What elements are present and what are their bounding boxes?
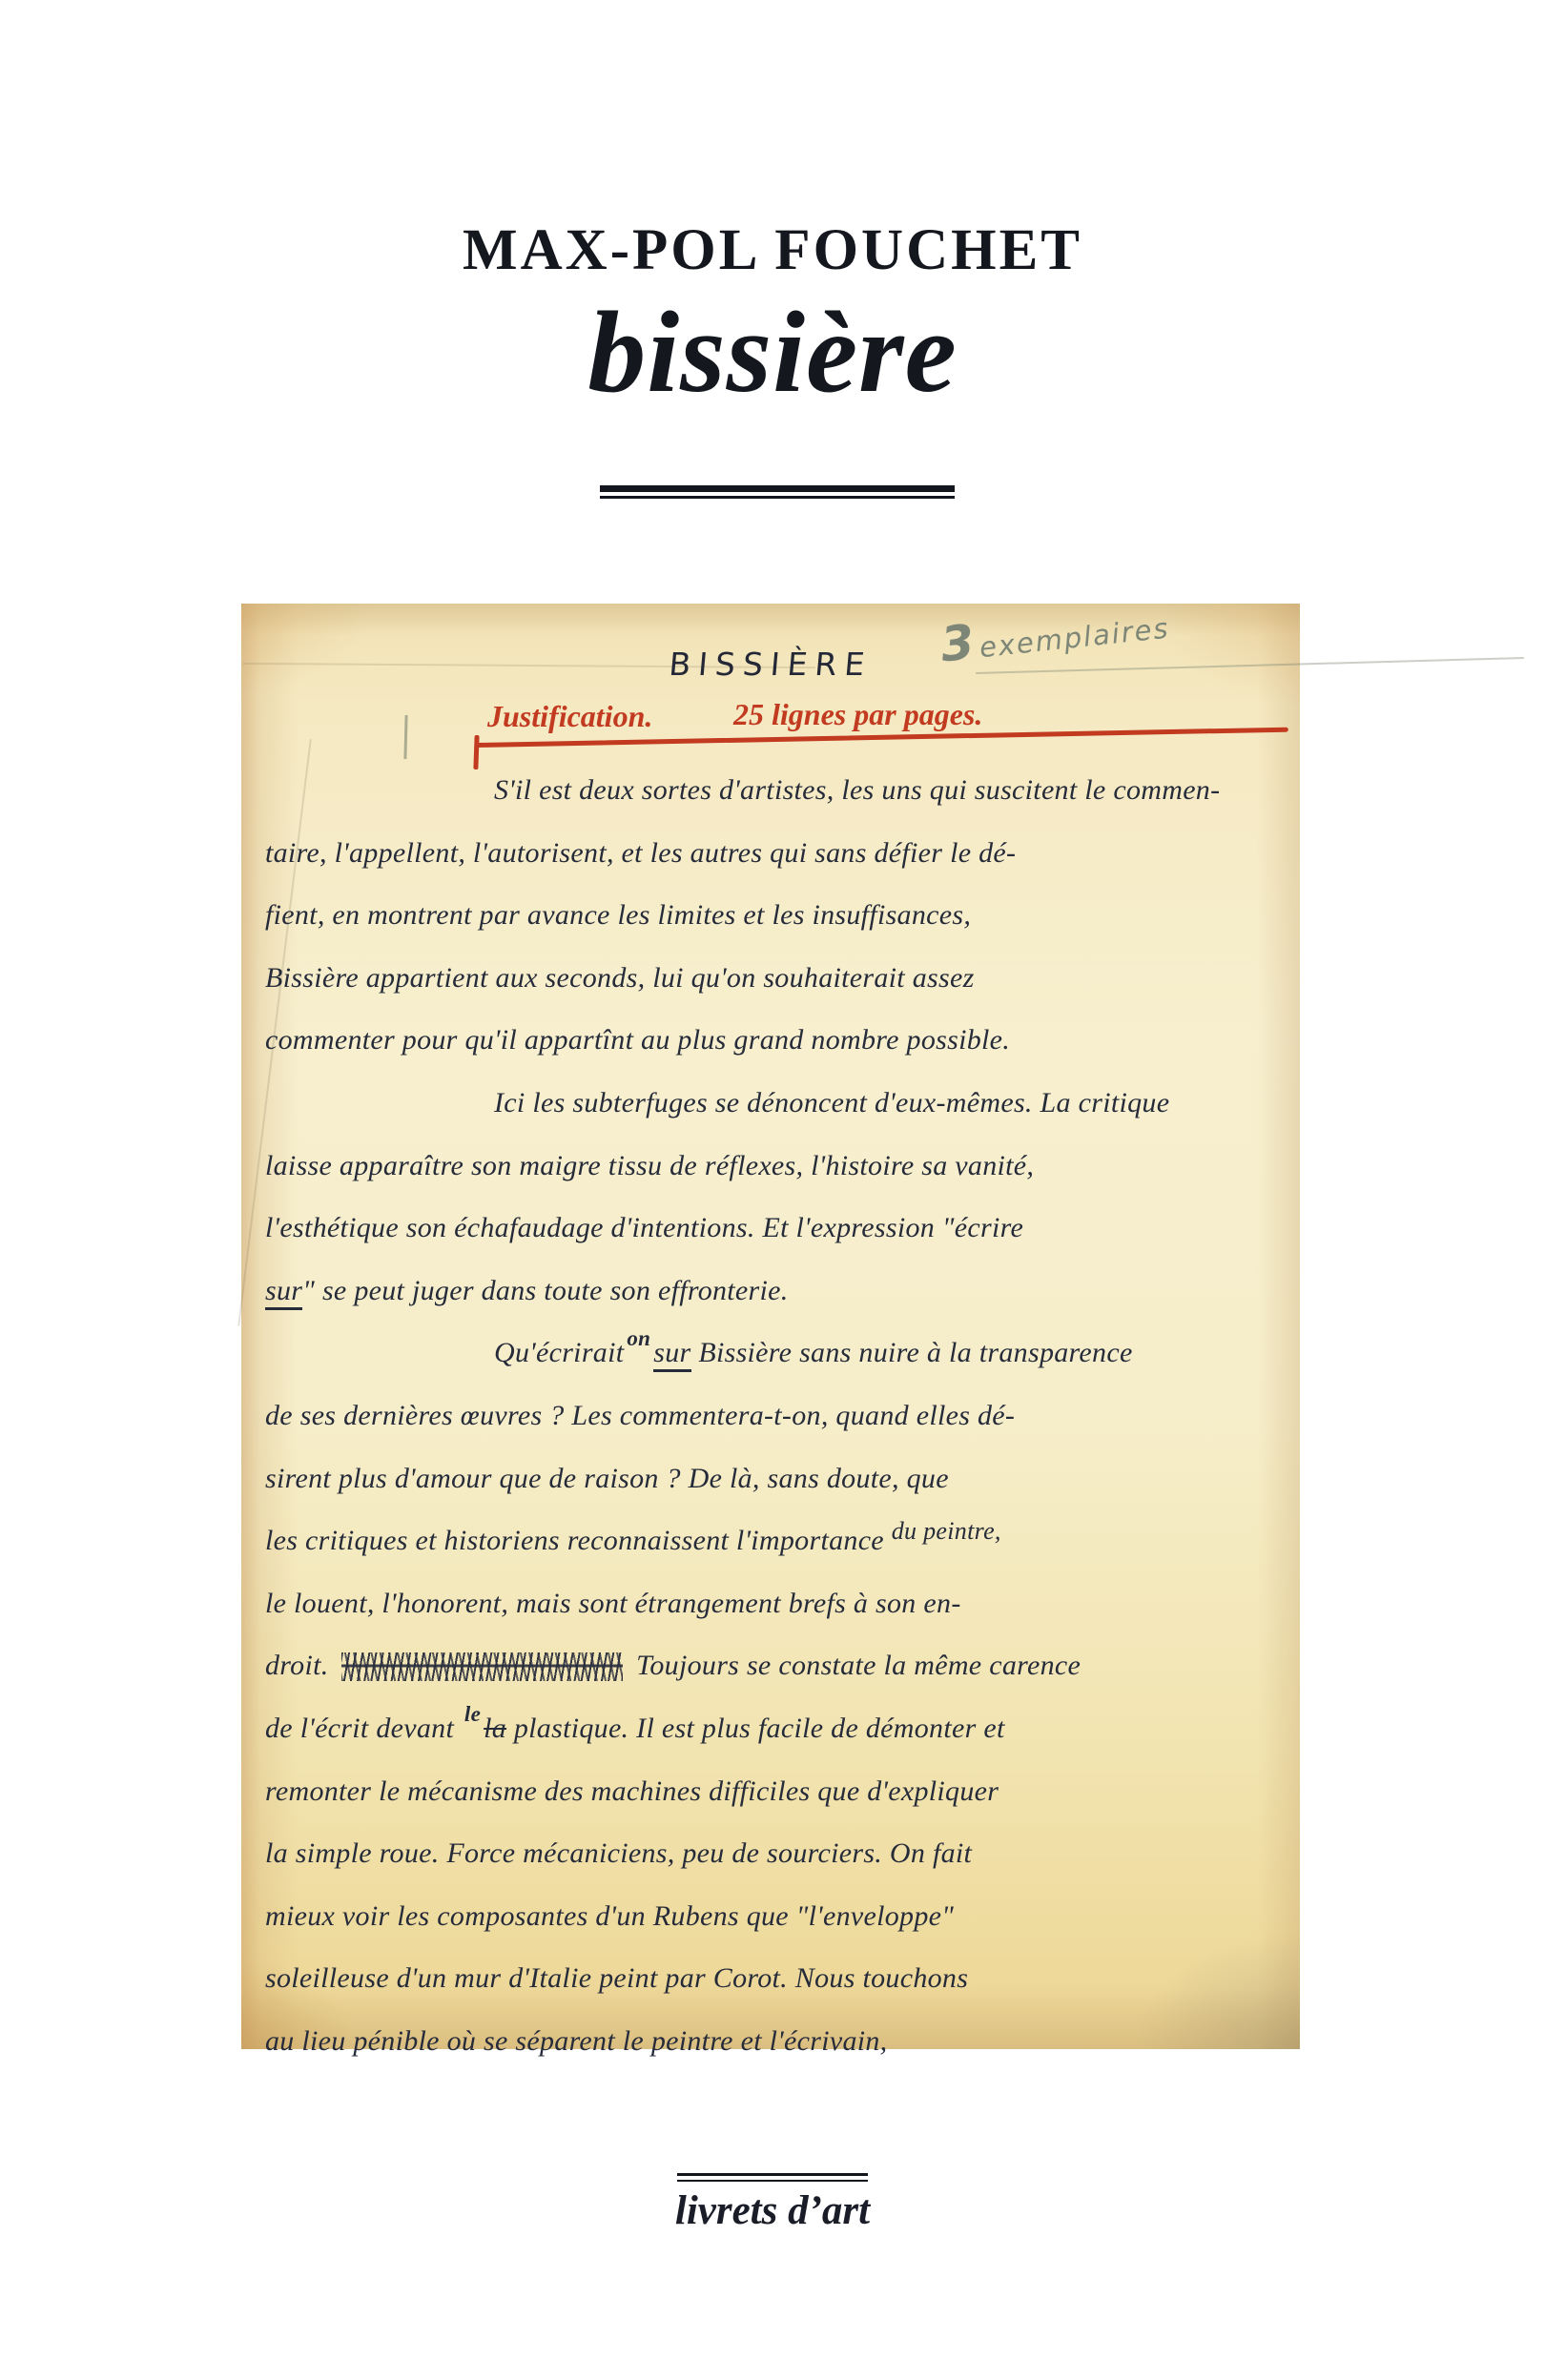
handwritten-text: au lieu pénible où se séparent le peintr…	[265, 2025, 887, 2057]
imprint-divider-bottom-line	[677, 2180, 868, 2182]
handwritten-text: laisse apparaître son maigre tissu de ré…	[265, 1150, 1034, 1181]
manuscript-line: sur" se peut juger dans toute son effron…	[265, 1260, 1278, 1323]
book-title-page: MAX-POL FOUCHET bissière BISSIÈRE 3 exem…	[0, 0, 1545, 2380]
underlined-word: sur	[265, 1275, 302, 1310]
handwritten-text: remonter le mécanisme des machines diffi…	[265, 1775, 999, 1807]
manuscript-scan: BISSIÈRE 3 exemplaires Justification. 25…	[241, 604, 1300, 2049]
handwritten-text: soleilleuse d'un mur d'Italie peint par …	[265, 1962, 968, 1994]
handwritten-text: les critiques et historiens reconnaissen…	[265, 1525, 892, 1556]
handwritten-text: de ses dernières œuvres ? Les commentera…	[265, 1400, 1015, 1431]
manuscript-line: mieux voir les composantes d'un Rubens q…	[265, 1885, 1278, 1948]
inserted-word: on	[627, 1307, 650, 1370]
title-divider	[600, 485, 955, 499]
manuscript-line: S'il est deux sortes d'artistes, les uns…	[265, 759, 1278, 822]
handwritten-text: Toujours se constate la même carence	[628, 1650, 1081, 1681]
title-divider-thin-line	[600, 496, 955, 499]
raised-word: du peintre,	[892, 1500, 1001, 1563]
manuscript-line: remonter le mécanisme des machines diffi…	[265, 1760, 1278, 1823]
author-name: MAX-POL FOUCHET	[0, 217, 1545, 284]
pencil-tick-mark	[403, 715, 407, 759]
scribbled-out-text	[341, 1652, 623, 1681]
handwritten-text: sirent plus d'amour que de raison ? De l…	[265, 1463, 949, 1494]
manuscript-line: l'esthétique son échafaudage d'intention…	[265, 1197, 1278, 1260]
handwritten-text: Bissière sans nuire à la transparence	[691, 1337, 1133, 1368]
handwritten-text: commenter pour qu'il appartînt au plus g…	[265, 1024, 1010, 1056]
justification-value: 25 lignes par pages.	[733, 697, 982, 732]
manuscript-line: les critiques et historiens reconnaissen…	[265, 1509, 1278, 1572]
justification-label: Justification.	[487, 699, 652, 734]
handwritten-text: plastique. Il est plus facile de démonte…	[506, 1713, 1005, 1744]
title-divider-thick-line	[600, 485, 955, 492]
manuscript-line: laisse apparaître son maigre tissu de ré…	[265, 1135, 1278, 1198]
handwritten-text: " se peut juger dans toute son effronter…	[302, 1275, 788, 1306]
manuscript-line: le louent, l'honorent, mais sont étrange…	[265, 1572, 1278, 1635]
handwritten-text: fient, en montrent par avance les limite…	[265, 899, 971, 931]
handwritten-text: S'il est deux sortes d'artistes, les uns…	[494, 774, 1220, 806]
manuscript-line: Ici les subterfuges se dénoncent d'eux-m…	[265, 1072, 1278, 1135]
publisher-imprint: livrets d’art	[0, 2187, 1545, 2234]
inserted-word: le	[464, 1683, 481, 1746]
handwritten-text: droit.	[265, 1650, 336, 1681]
manuscript-line: fient, en montrent par avance les limite…	[265, 884, 1278, 947]
handwritten-text: Ici les subterfuges se dénoncent d'eux-m…	[494, 1087, 1169, 1118]
manuscript-line: de ses dernières œuvres ? Les commentera…	[265, 1385, 1278, 1447]
manuscript-line: taire, l'appellent, l'autorisent, et les…	[265, 822, 1278, 885]
manuscript-line: au lieu pénible où se séparent le peintr…	[265, 2010, 1278, 2073]
manuscript-line: Qu'écriraitonsur Bissière sans nuire à l…	[265, 1322, 1278, 1385]
underlined-word: sur	[653, 1337, 690, 1372]
manuscript-lines: S'il est deux sortes d'artistes, les uns…	[265, 759, 1278, 2072]
handwritten-text: mieux voir les composantes d'un Rubens q…	[265, 1900, 954, 1932]
imprint-divider	[677, 2173, 868, 2182]
handwritten-text: la simple roue. Force mécaniciens, peu d…	[265, 1837, 972, 1869]
manuscript-line: Bissière appartient aux seconds, lui qu'…	[265, 947, 1278, 1010]
handwritten-text: Bissière appartient aux seconds, lui qu'…	[265, 962, 975, 994]
manuscript-line: droit. Toujours se constate la même care…	[265, 1634, 1278, 1697]
copies-count: 3	[938, 614, 978, 672]
handwritten-text: l'esthétique son échafaudage d'intention…	[265, 1212, 1023, 1243]
manuscript-line: sirent plus d'amour que de raison ? De l…	[265, 1447, 1278, 1510]
handwritten-text: taire, l'appellent, l'autorisent, et les…	[265, 837, 1016, 869]
imprint-divider-top-line	[677, 2173, 868, 2176]
handwritten-text: Qu'écrirait	[494, 1337, 624, 1368]
handwritten-text: de l'écrit devant	[265, 1713, 462, 1744]
manuscript-line: de l'écrit devant lela plastique. Il est…	[265, 1697, 1278, 1760]
handwritten-text: le louent, l'honorent, mais sont étrange…	[265, 1588, 961, 1619]
manuscript-line: la simple roue. Force mécaniciens, peu d…	[265, 1822, 1278, 1885]
manuscript-line: commenter pour qu'il appartînt au plus g…	[265, 1009, 1278, 1072]
book-title: bissière	[0, 286, 1545, 420]
manuscript-line: soleilleuse d'un mur d'Italie peint par …	[265, 1947, 1278, 2010]
struck-word: la	[484, 1713, 506, 1744]
